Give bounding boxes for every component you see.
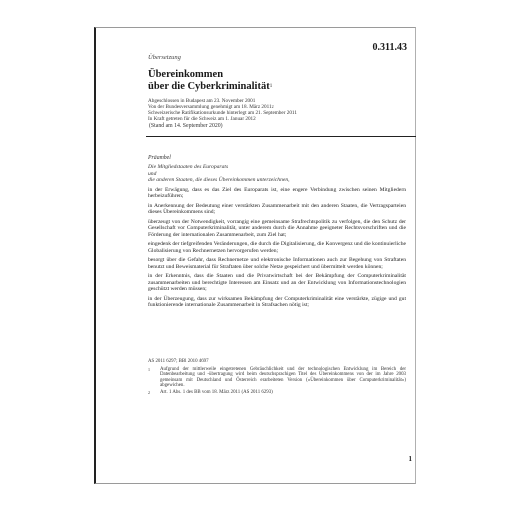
meta-line: In Kraft getreten für die Schweiz am 1. … — [148, 116, 297, 122]
preamble-intro: die anderen Staaten, die dieses Übereink… — [148, 177, 406, 183]
footnote: 2 Art. 1 Abs. 1 des BB vom 18. März 2011… — [148, 390, 406, 396]
meta-footnote-ref[interactable]: 2 — [272, 104, 274, 109]
preamble-heading: Präambel — [148, 155, 406, 161]
header-rule — [146, 136, 416, 137]
title-line-1: Übereinkommen — [148, 69, 272, 81]
preamble-paragraph: in Anerkennung der Bedeutung einer verst… — [148, 203, 406, 216]
document-kind: Übersetzung — [148, 54, 181, 61]
preamble-paragraph: eingedenk der tiefgreifenden Veränderung… — [148, 241, 406, 254]
document-title: Übereinkommen über die Cyberkriminalität… — [148, 69, 272, 92]
sr-number: 0.311.43 — [373, 42, 407, 53]
preamble-paragraph: besorgt über die Gefahr, dass Rechnernet… — [148, 257, 406, 270]
document-meta: Abgeschlossen in Budapest am 23. Novembe… — [148, 98, 297, 122]
footnote-text: Art. 1 Abs. 1 des BB vom 18. März 2011 (… — [160, 390, 406, 396]
as-reference: AS 2011 6297; BBl 2010 4697 — [148, 359, 406, 365]
preamble-paragraph: in der Überzeugung, dass zur wirksamen B… — [148, 296, 406, 309]
preamble-paragraph: überzeugt von der Notwendigkeit, vorrang… — [148, 219, 406, 238]
stand-date: (Stand am 14. September 2020) — [149, 123, 223, 129]
footnote-number: 2 — [148, 390, 160, 396]
preamble-paragraph: in der Erwägung, dass es das Ziel des Eu… — [148, 187, 406, 200]
footnote-number: 1 — [148, 367, 160, 389]
document-page: Übersetzung 0.311.43 Übereinkommen über … — [94, 27, 416, 484]
page-number: 1 — [409, 455, 413, 463]
footnote-text: Aufgrund der mittlerweile eingetretenen … — [160, 367, 406, 389]
preamble: Präambel Die Mitgliedstaaten des Europar… — [148, 155, 406, 312]
footnotes: AS 2011 6297; BBl 2010 4697 1 Aufgrund d… — [148, 359, 406, 397]
title-line-2: über die Cyberkriminalität — [148, 81, 270, 92]
footnote: 1 Aufgrund der mittlerweile eingetretene… — [148, 367, 406, 389]
title-footnote-ref[interactable]: 1 — [270, 84, 273, 89]
preamble-paragraph: in der Erkenntnis, dass die Staaten und … — [148, 273, 406, 292]
